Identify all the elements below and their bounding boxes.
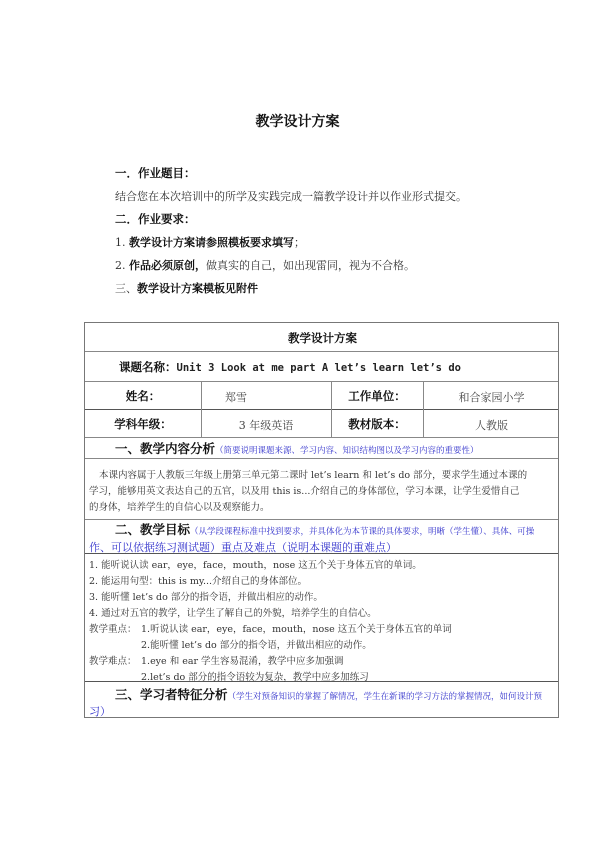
objective-item: 4. 通过对五官的教学，让学生了解自己的外貌，培养学生的自信心。 (89, 605, 377, 619)
key-point: 2.能听懂 let’s do 部分的指令语，并做出相应的动作。 (141, 637, 372, 651)
learner-analysis-hint-1: （学生对预备知识的掌握了解情况，学生在新课的学习方法的掌握情况，如何设计预 (228, 692, 543, 702)
workplace-value: 和合家园小学 (423, 389, 560, 405)
lesson-title-row: 课题名称：Unit 3 Look at me part A let’s lear… (119, 359, 461, 375)
content-analysis-header: 一、教学内容分析（简要说明课题来源、学习内容、知识结构图以及学习内容的重要性） (115, 439, 479, 457)
content-analysis-line: 本课内容属于人教版三年级上册第三单元第二课时 let’s learn 和 let… (99, 467, 527, 481)
requirement-2-number: 2. (115, 259, 129, 272)
difficult-point: 1.eye 和 ear 学生容易混淆，教学中应多加强调 (141, 653, 344, 667)
key-points-label: 教学重点： (89, 621, 137, 635)
section3-heading: 三、教学设计方案模板见附件 (115, 280, 258, 296)
grade-label: 学科年级： (85, 416, 201, 432)
content-analysis-hint: （简要说明课题来源、学习内容、知识结构图以及学习内容的重要性） (215, 446, 479, 456)
requirement-1: 1. 教学设计方案请参照模板要求填写； (115, 234, 305, 250)
row-divider (85, 381, 558, 382)
row-divider (85, 458, 558, 459)
requirement-1-number: 1. (115, 236, 129, 249)
learner-analysis-heading: 三、学习者特征分析 (115, 687, 228, 702)
edition-label: 教材版本： (331, 416, 423, 432)
lesson-plan-table: 教学设计方案 课题名称：Unit 3 Look at me part A let… (84, 322, 559, 718)
name-label: 姓名： (85, 388, 201, 404)
difficult-points-label: 教学难点： (89, 653, 137, 667)
row-divider (85, 409, 558, 410)
requirement-1-tail: ； (294, 236, 305, 249)
learner-analysis-hint-2: 习） (89, 703, 111, 719)
requirement-1-bold: 教学设计方案请参照模板要求填写 (129, 236, 294, 249)
section3-prefix: 三、 (115, 282, 137, 295)
requirement-2-bold: 作品必须原创， (129, 259, 206, 272)
key-point: 1.听说认读 ear，eye，face，mouth，nose 这五个关于身体五官… (141, 621, 452, 635)
section2-heading: 二．作业要求： (115, 211, 196, 227)
row-divider (85, 437, 558, 438)
workplace-label: 工作单位： (331, 388, 423, 404)
lesson-value: Unit 3 Look at me part A let’s learn let… (177, 362, 461, 374)
objectives-hint-2: 作、可以依据练习测试题）重点及难点（说明本课题的重难点） (89, 539, 397, 555)
section1-body: 结合您在本次培训中的所学及实践完成一篇教学设计并以作业形式提交。 (115, 188, 467, 204)
requirement-2: 2. 作品必须原创，做真实的自己，如出现雷同，视为不合格。 (115, 257, 415, 273)
content-analysis-heading: 一、教学内容分析 (115, 441, 215, 456)
objective-item: 2. 能运用句型：this is my...介绍自己的身体部位。 (89, 573, 307, 587)
edition-value: 人教版 (423, 417, 560, 433)
section1-heading: 一．作业题目： (115, 165, 196, 181)
content-analysis-line: 学习，能够用英文表达自己的五官，以及用 this is...介绍自己的身体部位，… (89, 483, 519, 497)
difficult-point: 2.let’s do 部分的指令语较为复杂，教学中应多加练习 (141, 669, 369, 683)
grade-value: 3 年级英语 (201, 417, 331, 433)
content-analysis-line: 的身体，培养学生的自信心以及观察能力。 (89, 499, 270, 513)
objectives-hint-1: （从学段课程标准中找到要求，并具体化为本节课的具体要求，明晰（学生懂）、具体、可… (190, 527, 534, 537)
objective-item: 3. 能听懂 let’s do 部分的指令语，并做出相应的动作。 (89, 589, 323, 603)
document-title: 教学设计方案 (0, 111, 595, 131)
row-divider (85, 351, 558, 352)
objective-item: 1. 能听说认读 ear，eye，face，mouth，nose 这五个关于身体… (89, 557, 422, 571)
lesson-label: 课题名称： (119, 360, 177, 374)
learner-analysis-header: 三、学习者特征分析（学生对预备知识的掌握了解情况，学生在新课的学习方法的掌握情况… (115, 685, 542, 703)
section3-title: 教学设计方案模板见附件 (137, 282, 258, 295)
name-value: 郑雪 (225, 389, 247, 405)
objectives-header: 二、教学目标（从学段课程标准中找到要求，并具体化为本节课的具体要求，明晰（学生懂… (115, 520, 534, 538)
table-title: 教学设计方案 (85, 330, 560, 346)
objectives-heading: 二、教学目标 (115, 522, 190, 537)
requirement-2-tail: 做真实的自己，如出现雷同，视为不合格。 (206, 259, 415, 272)
